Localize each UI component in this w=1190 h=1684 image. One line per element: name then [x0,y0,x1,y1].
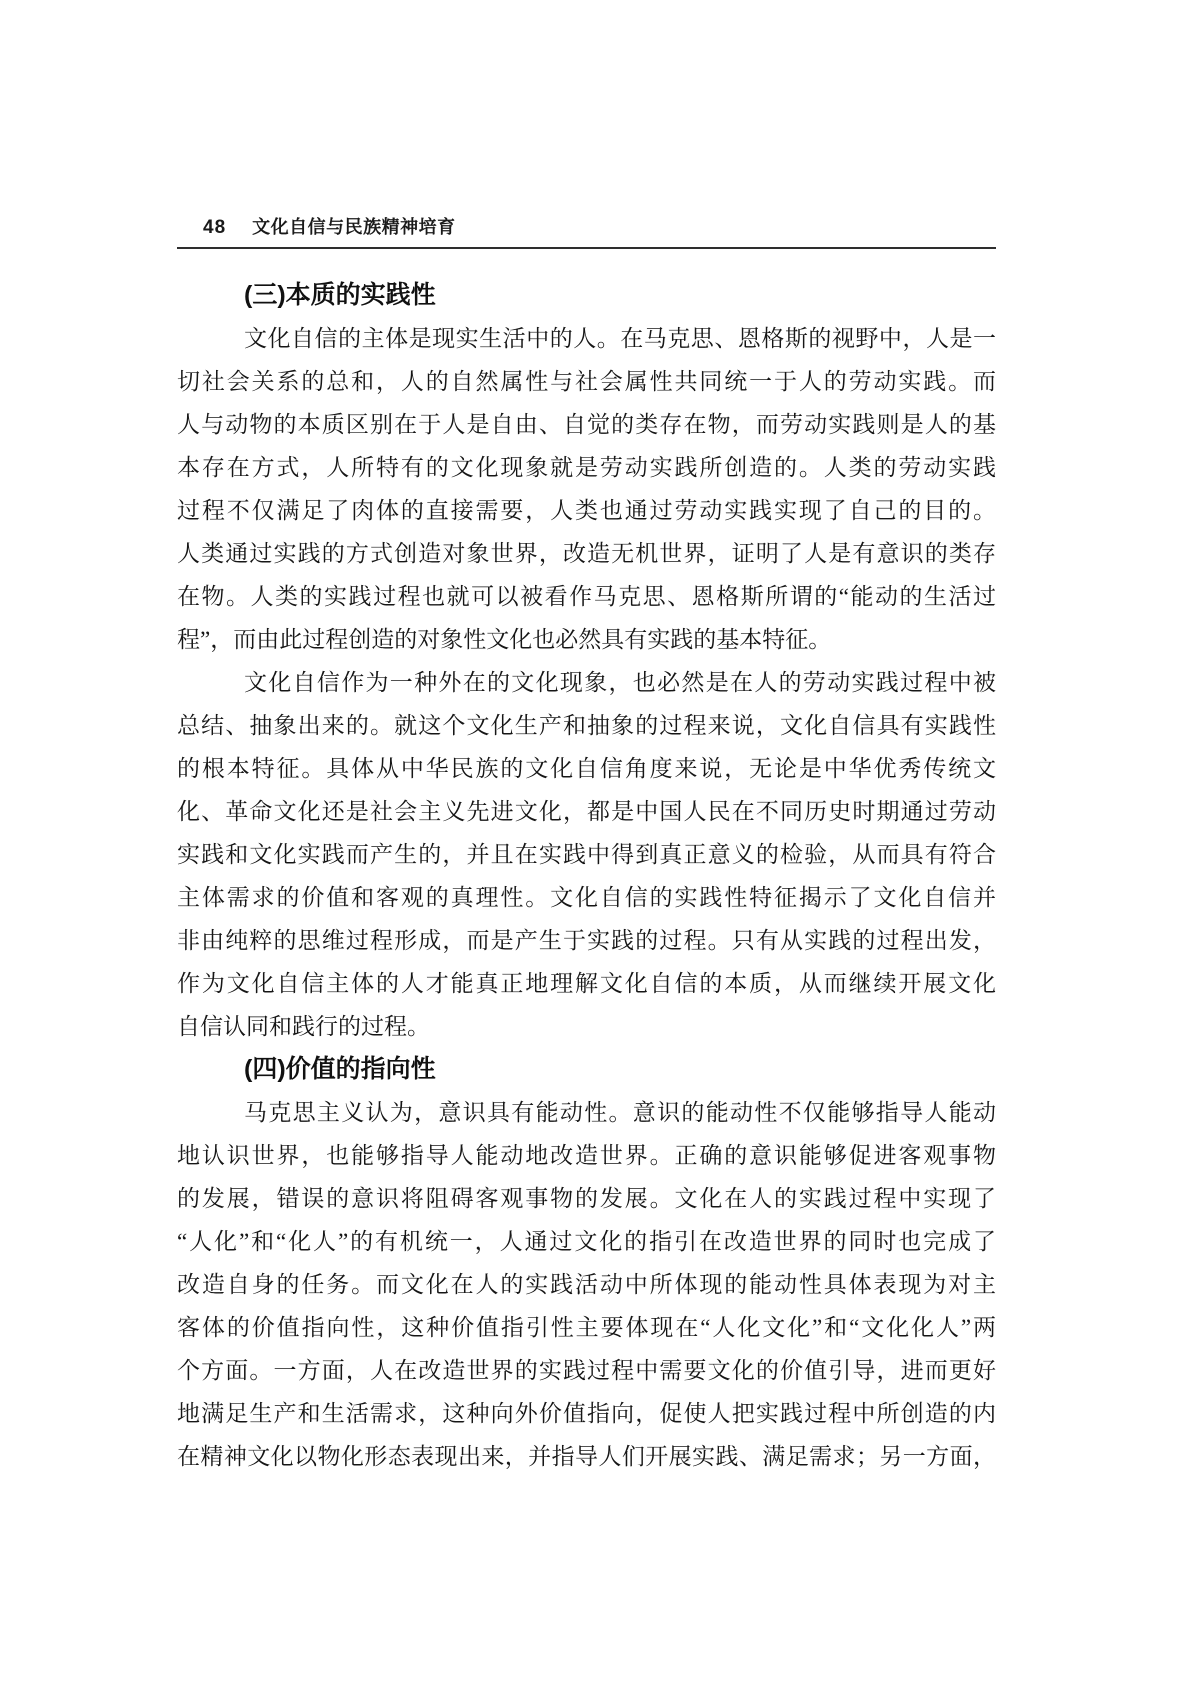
book-title: 文化自信与民族精神培育 [252,213,456,239]
text-line: 程”，而由此过程创造的对象性文化也必然具有实践的基本特征。 [177,618,996,661]
text-line: 文化自信作为一种外在的文化现象，也必然是在人的劳动实践过程中被 [177,661,996,704]
text-line: 切社会关系的总和，人的自然属性与社会属性共同统一于人的劳动实践。而 [177,360,996,403]
content-flow: (三)本质的实践性文化自信的主体是现实生活中的人。在马克思、恩格斯的视野中，人是… [177,274,996,1478]
text-line: 本存在方式，人所特有的文化现象就是劳动实践所创造的。人类的劳动实践 [177,446,996,489]
text-line: 的根本特征。具体从中华民族的文化自信角度来说，无论是中华优秀传统文 [177,747,996,790]
text-line: 作为文化自信主体的人才能真正地理解文化自信的本质，从而继续开展文化 [177,962,996,1005]
text-line: 改造自身的任务。而文化在人的实践活动中所体现的能动性具体表现为对主 [177,1263,996,1306]
page-number: 48 [203,217,226,239]
text-line: “人化”和“化人”的有机统一，人通过文化的指引在改造世界的同时也完成了 [177,1220,996,1263]
text-line: 总结、抽象出来的。就这个文化生产和抽象的过程来说，文化自信具有实践性 [177,704,996,747]
text-line: 过程不仅满足了肉体的直接需要，人类也通过劳动实践实现了自己的目的。 [177,489,996,532]
text-line: 实践和文化实践而产生的，并且在实践中得到真正意义的检验，从而具有符合 [177,833,996,876]
text-line: 地认识世界，也能够指导人能动地改造世界。正确的意识能够促进客观事物 [177,1134,996,1177]
text-line: 的发展，错误的意识将阻碍客观事物的发展。文化在人的实践过程中实现了 [177,1177,996,1220]
section-heading: (三)本质的实践性 [177,274,996,317]
text-line: 非由纯粹的思维过程形成，而是产生于实践的过程。只有从实践的过程出发， [177,919,996,962]
text-line: 在物。人类的实践过程也就可以被看作马克思、恩格斯所谓的“能动的生活过 [177,575,996,618]
text-line: 文化自信的主体是现实生活中的人。在马克思、恩格斯的视野中，人是一 [177,317,996,360]
page-header: 48 文化自信与民族精神培育 [203,213,456,239]
text-line: 自信认同和践行的过程。 [177,1005,996,1048]
text-line: 主体需求的价值和客观的真理性。文化自信的实践性特征揭示了文化自信并 [177,876,996,919]
book-page: 48 文化自信与民族精神培育 (三)本质的实践性文化自信的主体是现实生活中的人。… [0,0,1190,1684]
text-line: 马克思主义认为，意识具有能动性。意识的能动性不仅能够指导人能动 [177,1091,996,1134]
text-line: 化、革命文化还是社会主义先进文化，都是中国人民在不同历史时期通过劳动 [177,790,996,833]
section-heading: (四)价值的指向性 [177,1048,996,1091]
text-line: 个方面。一方面，人在改造世界的实践过程中需要文化的价值引导，进而更好 [177,1349,996,1392]
text-line: 人与动物的本质区别在于人是自由、自觉的类存在物，而劳动实践则是人的基 [177,403,996,446]
text-line: 人类通过实践的方式创造对象世界，改造无机世界，证明了人是有意识的类存 [177,532,996,575]
text-line: 客体的价值指向性，这种价值指引性主要体现在“人化文化”和“文化化人”两 [177,1306,996,1349]
text-line: 在精神文化以物化形态表现出来，并指导人们开展实践、满足需求；另一方面， [177,1435,996,1478]
text-line: 地满足生产和生活需求，这种向外价值指向，促使人把实践过程中所创造的内 [177,1392,996,1435]
header-rule [177,247,996,249]
